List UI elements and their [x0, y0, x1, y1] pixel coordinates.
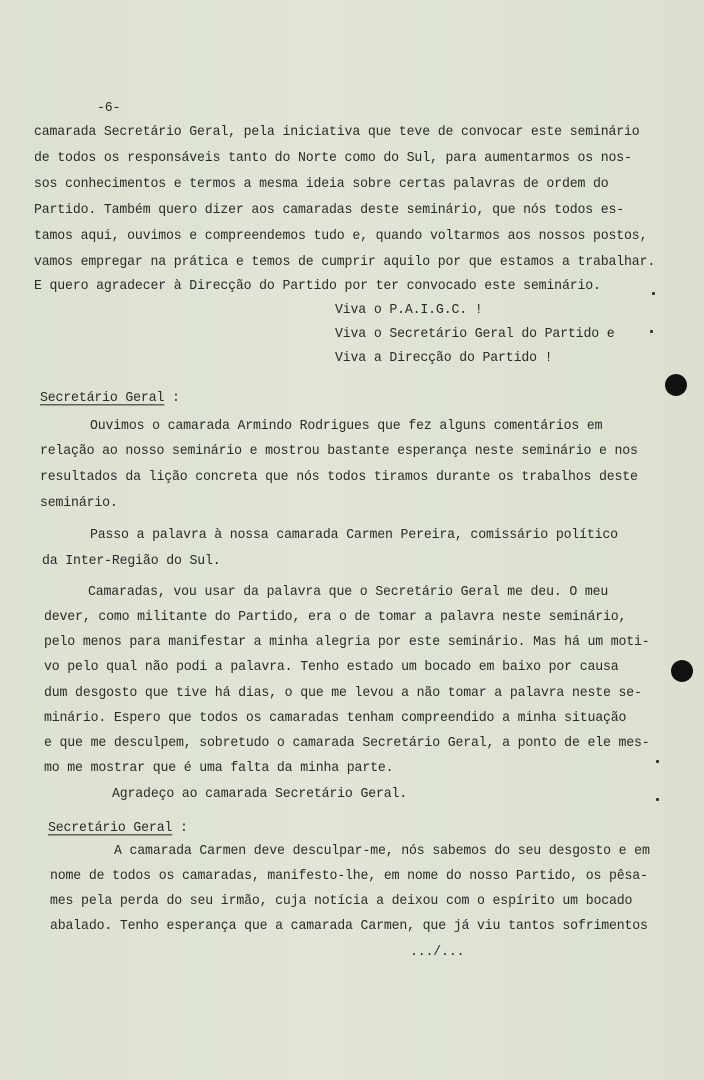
text-line: camarada Secretário Geral, pela iniciati…	[34, 124, 640, 141]
cheer-line: Viva o Secretário Geral do Partido e	[335, 326, 615, 343]
text-line: nome de todos os camaradas, manifesto-lh…	[50, 868, 648, 885]
text-line: A camarada Carmen deve desculpar-me, nós…	[114, 843, 650, 860]
text-line: mo me mostrar que é uma falta da minha p…	[44, 760, 393, 777]
speaker-colon: :	[180, 820, 188, 836]
text-line: Partido. Também quero dizer aos camarada…	[34, 202, 624, 219]
cheer-line: Viva o P.A.I.G.C. !	[335, 302, 483, 319]
text-line: e que me desculpem, sobretudo o camarada…	[44, 735, 650, 752]
text-line: vo pelo qual não podi a palavra. Tenho e…	[44, 659, 619, 676]
text-line: dum desgosto que tive há dias, o que me …	[44, 685, 642, 702]
ink-speck	[656, 798, 659, 801]
cheer-line: Viva a Direcção do Partido !	[335, 350, 552, 367]
punch-hole-mark	[671, 660, 693, 682]
ink-speck	[656, 760, 659, 763]
speaker-heading: Secretário Geral :	[40, 390, 180, 407]
text-line: relação ao nosso seminário e mostrou bas…	[40, 443, 638, 460]
ink-speck	[650, 330, 653, 333]
ink-speck	[652, 292, 655, 295]
punch-hole-mark	[665, 374, 687, 396]
speaker-name: Secretário Geral	[48, 820, 172, 836]
continuation-marker: .../...	[410, 944, 464, 961]
text-line: abalado. Tenho esperança que a camarada …	[50, 918, 648, 935]
text-line: Passo a palavra à nossa camarada Carmen …	[90, 527, 618, 544]
text-line: seminário.	[40, 495, 118, 512]
text-line: pelo menos para manifestar a minha alegr…	[44, 634, 650, 651]
speaker-name: Secretário Geral	[40, 390, 164, 406]
text-line: da Inter-Região do Sul.	[42, 553, 221, 570]
document-page: -6- camarada Secretário Geral, pela inic…	[0, 0, 704, 1080]
text-line: vamos empregar na prática e temos de cum…	[34, 254, 655, 271]
text-line: resultados da lição concreta que nós tod…	[40, 469, 638, 486]
text-line: dever, como militante do Partido, era o …	[44, 609, 626, 626]
text-line: Agradeço ao camarada Secretário Geral.	[112, 786, 407, 803]
text-line: minário. Espero que todos os camaradas t…	[44, 710, 626, 727]
speaker-colon: :	[172, 390, 180, 406]
speaker-heading: Secretário Geral :	[48, 820, 188, 837]
page-number: -6-	[97, 100, 120, 117]
text-line: sos conhecimentos e termos a mesma ideia…	[34, 176, 609, 193]
text-line: de todos os responsáveis tanto do Norte …	[34, 150, 632, 167]
text-line: Ouvimos o camarada Armindo Rodrigues que…	[90, 418, 602, 435]
text-line: tamos aqui, ouvimos e compreendemos tudo…	[34, 228, 647, 245]
text-line: E quero agradecer à Direcção do Partido …	[34, 278, 601, 295]
text-line: Camaradas, vou usar da palavra que o Sec…	[88, 584, 608, 601]
text-line: mes pela perda do seu irmão, cuja notíci…	[50, 893, 632, 910]
